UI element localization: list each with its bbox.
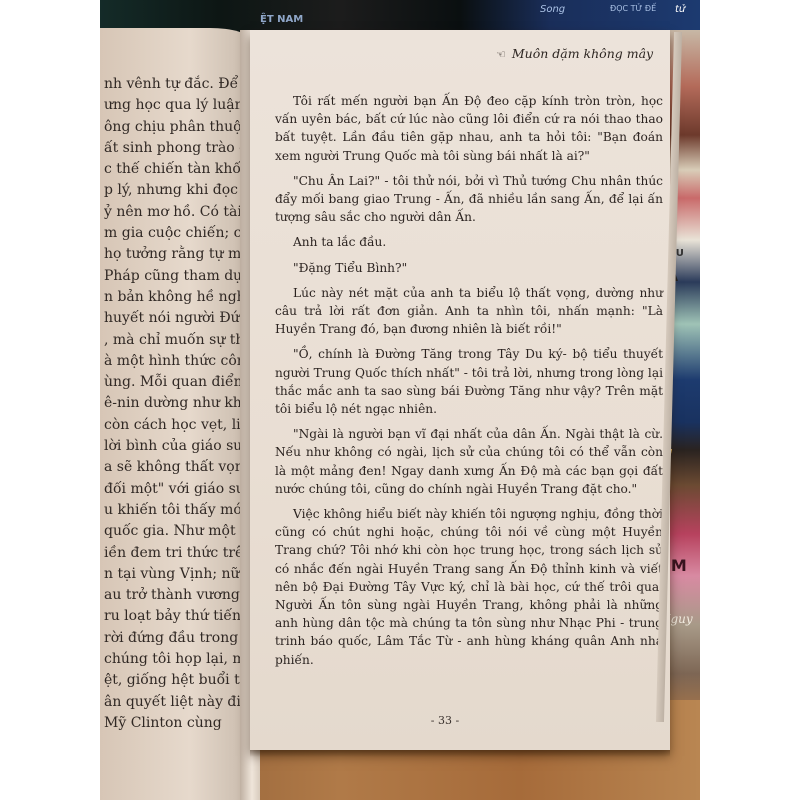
paragraph: "Ồ, chính là Đường Tăng trong Tây Du ký-… bbox=[275, 345, 663, 418]
paragraph: Lúc này nét mặt của anh ta biểu lộ thất … bbox=[275, 284, 663, 339]
shelf-book-title: ĐỌC TỬ ĐẾ bbox=[610, 4, 656, 13]
paragraph: Việc không hiểu biết này khiến tôi ngượn… bbox=[275, 505, 663, 669]
text-line: a sẽ không thất vọng" bbox=[104, 457, 254, 478]
text-line: chúng tôi họp lại, mỗi người bbox=[104, 649, 254, 670]
text-line: ỷ nên mơ hồ. Có tài liệu bbox=[104, 202, 254, 223]
text-line: ru loạt bảy thứ tiếng bbox=[104, 606, 254, 627]
page-number: - 33 - bbox=[345, 714, 545, 727]
hand-pointer-icon: ☜ bbox=[496, 48, 506, 61]
text-line: au trở thành vương phi bbox=[104, 585, 254, 606]
text-line: à một hình thức công nhận bbox=[104, 351, 254, 372]
shelf-book-title: Song bbox=[540, 4, 565, 15]
running-head: ☜Muôn dặm không mây bbox=[496, 46, 653, 61]
text-line: m gia cuộc chiến; có nơi bbox=[104, 223, 254, 244]
paragraph: "Chu Ân Lai?" - tôi thử nói, bởi vì Thủ … bbox=[275, 172, 663, 227]
text-line: nh vênh tự đắc. Để thật bbox=[104, 74, 254, 95]
text-line: u khiến tôi thấy mới mẻ bbox=[104, 500, 254, 521]
text-line: Pháp cũng tham dự vào - bbox=[104, 266, 254, 287]
text-line: huyết nói người Đức vốn bbox=[104, 308, 254, 329]
shelf-book-title: tử bbox=[675, 4, 685, 15]
text-line: n bản không hề nghĩ rằng bbox=[104, 287, 254, 308]
text-line: ê-nin dường như không bbox=[104, 393, 254, 414]
text-line: iền đem tri thức trên lớp bbox=[104, 543, 254, 564]
text-line: đối một" với giáo sư bbox=[104, 479, 254, 500]
text-line: p lý, nhưng khi đọc những bbox=[104, 180, 254, 201]
paragraph: Anh ta lắc đầu. bbox=[275, 233, 663, 251]
text-line: ệt, giống hệt buổi thảo luận bbox=[104, 670, 254, 691]
text-line: họ tưởng rằng tự mình có bbox=[104, 244, 254, 265]
left-page: nh vênh tự đắc. Để thật ưng học qua lý l… bbox=[100, 28, 250, 800]
text-line: Mỹ Clinton cùng bbox=[104, 713, 254, 734]
right-page-body: Tôi rất mến người bạn Ấn Độ đeo cặp kính… bbox=[275, 92, 663, 676]
running-head-title: Muôn dặm không mây bbox=[512, 46, 653, 61]
paragraph: "Đặng Tiểu Bình?" bbox=[275, 259, 663, 277]
right-page: ☜Muôn dặm không mây Tôi rất mến người bạ… bbox=[250, 30, 670, 750]
text-line: ông chịu phân thuộc địa bbox=[104, 117, 254, 138]
text-line: còn cách học vẹt, liệt kê bbox=[104, 415, 254, 436]
left-page-text: nh vênh tự đắc. Để thật ưng học qua lý l… bbox=[104, 74, 254, 734]
text-line: c thế chiến tàn khốc trong bbox=[104, 159, 254, 180]
text-line: , mà chỉ muốn sự thừa nhận bbox=[104, 330, 254, 351]
text-line: n tại vùng Vịnh; nữ ngoại bbox=[104, 564, 254, 585]
paragraph: "Ngài là người bạn vĩ đại nhất của dân Ấ… bbox=[275, 425, 663, 498]
text-line: quốc gia. Như một sinh bbox=[104, 521, 254, 542]
text-line: ưng học qua lý luận của bbox=[104, 95, 254, 116]
text-line: ân quyết liệt này đi bbox=[104, 692, 254, 713]
shelf-book-title: ỆT NAM bbox=[260, 14, 303, 25]
text-line: rời đứng đầu trong Bộ Ngoại bbox=[104, 628, 254, 649]
text-line: ùng. Mỗi quan điểm đều bbox=[104, 372, 254, 393]
paragraph: Tôi rất mến người bạn Ấn Độ đeo cặp kính… bbox=[275, 92, 663, 165]
text-line: lời bình của giáo sư: "Cùng bbox=[104, 436, 254, 457]
text-line: ất sinh phong trào dân tộc bbox=[104, 138, 254, 159]
book-photo: ỆT NAM Song ĐỌC TỬ ĐẾ tử CHU CÁ ĐI EM L … bbox=[100, 0, 700, 800]
